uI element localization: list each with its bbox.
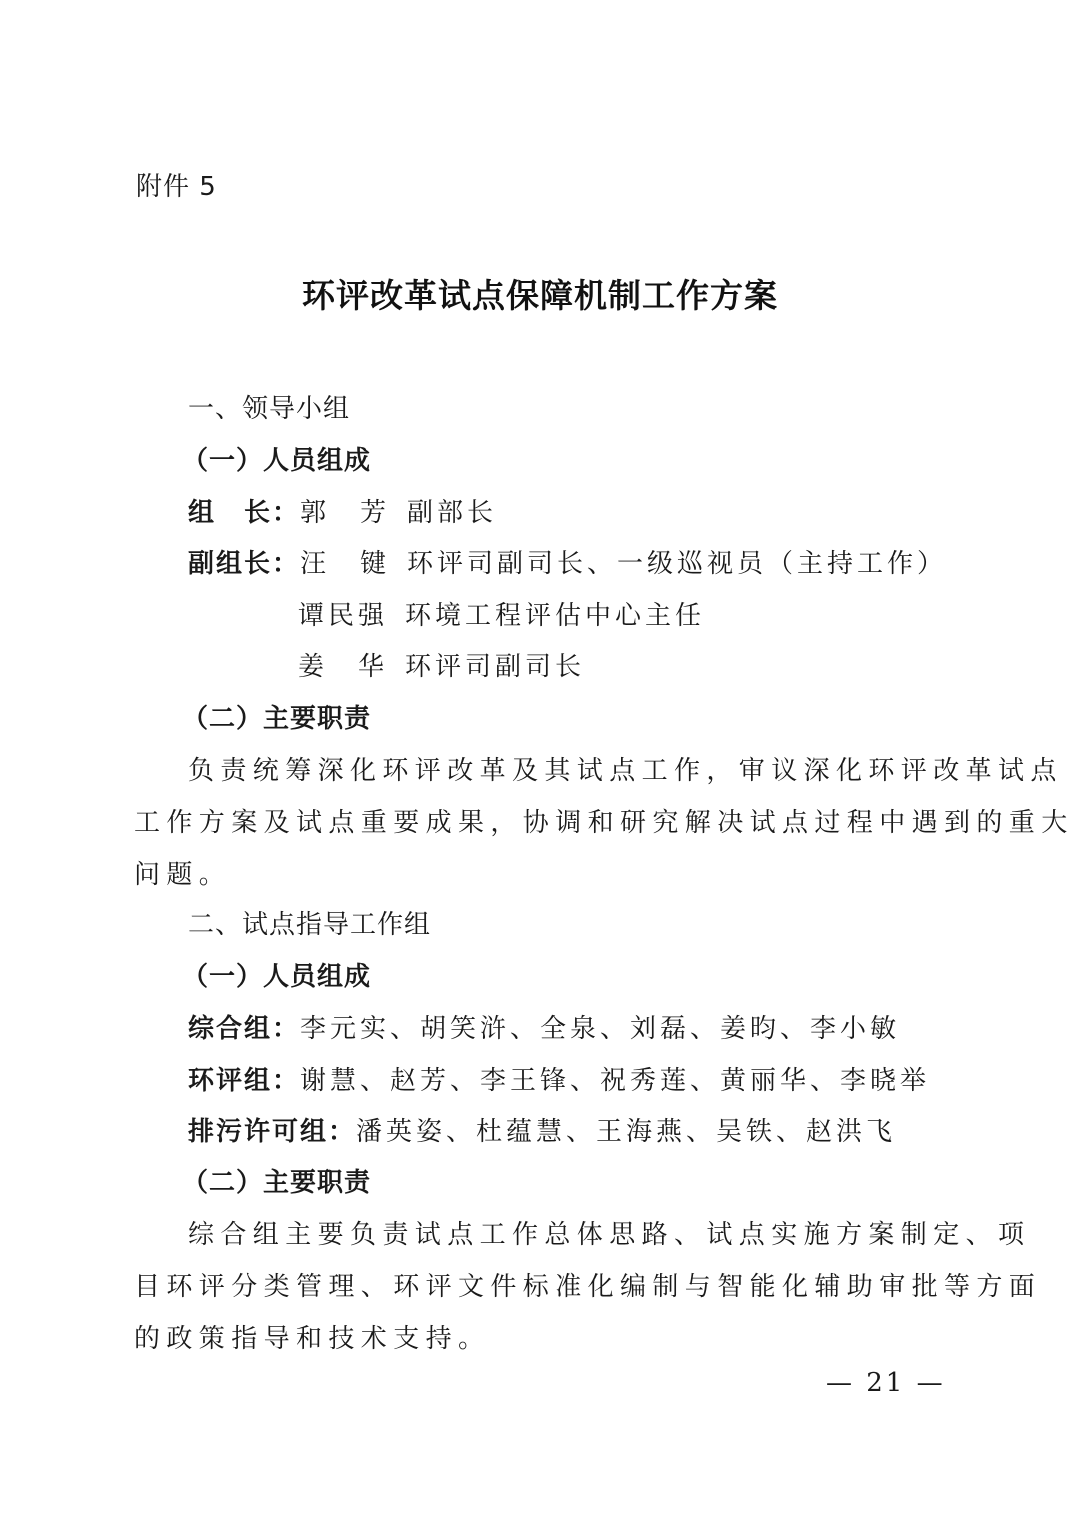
page-number: — 21 — xyxy=(826,1368,946,1398)
deputy-row-3: 姜 华 环评司副司长 xyxy=(298,646,585,683)
section-1-duties-line-1: 负责统筹深化环评改革及其试点工作，审议深化环评改革试点 xyxy=(188,750,1063,787)
group-label: 综合组： xyxy=(188,1014,300,1044)
section-1-sub1-heading: （一）人员组成 xyxy=(182,440,371,477)
section-1-duties-line-3: 问题。 xyxy=(134,854,231,891)
section-2-duties-line-1: 综合组主要负责试点工作总体思路、试点实施方案制定、项 xyxy=(188,1214,1030,1251)
group-row-permit: 排污许可组：潘英姿、杜蕴慧、王海燕、吴铁、赵洪飞 xyxy=(188,1111,896,1148)
group-row-comprehensive: 综合组：李元实、胡笑浒、全泉、刘磊、姜昀、李小敏 xyxy=(188,1008,900,1045)
leader-name: 郭 芳 xyxy=(300,498,390,528)
deputy-position: 环评司副司长、一级巡视员（主持工作） xyxy=(407,549,947,579)
deputy-row-1: 副组长：汪 键 环评司副司长、一级巡视员（主持工作） xyxy=(188,543,947,580)
section-2-duties-line-3: 的政策指导和技术支持。 xyxy=(134,1318,490,1355)
group-members: 李元实、胡笑浒、全泉、刘磊、姜昀、李小敏 xyxy=(300,1014,900,1044)
section-2-heading: 二、试点指导工作组 xyxy=(188,904,431,941)
deputy-name: 汪 键 xyxy=(300,549,390,579)
document-title: 环评改革试点保障机制工作方案 xyxy=(0,270,1080,317)
deputy-label: 副组长： xyxy=(188,549,300,579)
leader-position: 副部长 xyxy=(407,498,497,528)
group-label: 排污许可组： xyxy=(188,1117,356,1147)
section-1-sub2-heading: （二）主要职责 xyxy=(182,698,371,735)
deputy-position: 环评司副司长 xyxy=(405,652,585,682)
group-label: 环评组： xyxy=(188,1066,300,1096)
attachment-label: 附件 5 xyxy=(136,166,217,203)
deputy-position: 环境工程评估中心主任 xyxy=(405,601,705,631)
section-2-duties-line-2: 目环评分类管理、环评文件标准化编制与智能化辅助审批等方面 xyxy=(134,1266,1041,1303)
section-2-sub1-heading: （一）人员组成 xyxy=(182,956,371,993)
section-2-sub2-heading: （二）主要职责 xyxy=(182,1162,371,1199)
deputy-name: 谭民强 xyxy=(298,601,388,631)
section-1-heading: 一、领导小组 xyxy=(188,388,350,425)
group-members: 潘英姿、杜蕴慧、王海燕、吴铁、赵洪飞 xyxy=(356,1117,896,1147)
section-1-duties-line-2: 工作方案及试点重要成果，协调和研究解决试点过程中遇到的重大 xyxy=(134,802,1074,839)
leader-label: 组 长： xyxy=(188,498,300,528)
deputy-row-2: 谭民强 环境工程评估中心主任 xyxy=(298,595,705,632)
group-members: 谢慧、赵芳、李王锋、祝秀莲、黄丽华、李晓举 xyxy=(300,1066,930,1096)
deputy-name: 姜 华 xyxy=(298,652,388,682)
group-row-eia: 环评组：谢慧、赵芳、李王锋、祝秀莲、黄丽华、李晓举 xyxy=(188,1060,930,1097)
leader-row: 组 长：郭 芳 副部长 xyxy=(188,492,497,529)
